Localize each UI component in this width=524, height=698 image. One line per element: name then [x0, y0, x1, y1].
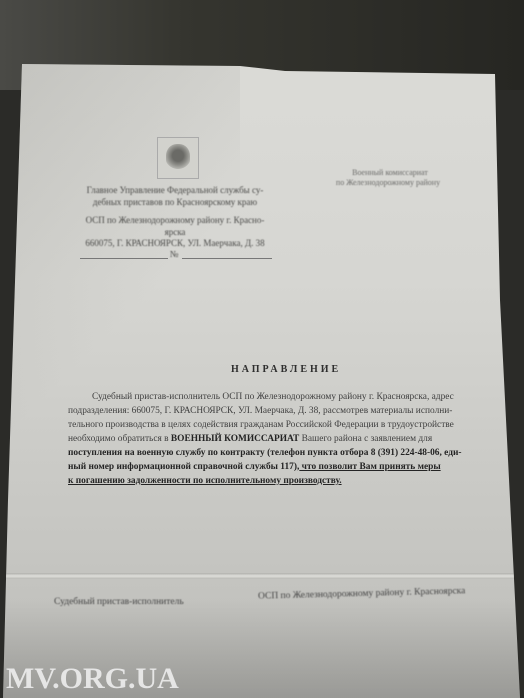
- paper-fold: [0, 573, 524, 579]
- body-line-7: к погашению задолженности по исполнитель…: [68, 476, 342, 486]
- site-watermark: MV.ORG.UA: [6, 662, 179, 696]
- recipient-line2: по Железнодорожному району: [318, 178, 458, 187]
- body-line-4: необходимо обратиться в ВОЕННЫЙ КОМИССАР…: [68, 434, 432, 444]
- org-name-line1: Главное Управление Федеральной службы су…: [60, 185, 290, 195]
- recipient-line1: Военный комиссариат: [330, 168, 450, 177]
- body-line-1: Судебный пристав-исполнитель ОСП по Желе…: [92, 392, 454, 402]
- number-label: №: [167, 249, 181, 259]
- footer-signatory: Судебный пристав-исполнитель: [54, 597, 184, 607]
- org-name-line2: дебных приставов по Красноярскому краю: [60, 197, 290, 207]
- body-line-6: ный номер информационной справочной служ…: [68, 462, 441, 472]
- dept-name-line2: ярска: [60, 227, 290, 237]
- dept-address: 660075, Г. КРАСНОЯРСК, УЛ. Маерчака, Д. …: [60, 238, 290, 248]
- number-rule-left: [80, 258, 168, 259]
- document-title: НАПРАВЛЕНИЕ: [231, 364, 341, 375]
- body-line-5: поступления на военную службу по контрак…: [68, 448, 461, 458]
- body-line-3: тельного производства в целях содействия…: [68, 420, 454, 430]
- dept-name-line1: ОСП по Железнодорожному району г. Красно…: [60, 215, 290, 225]
- body-line-2: подразделения: 660075, Г. КРАСНОЯРСК, УЛ…: [68, 406, 452, 416]
- coat-of-arms-icon: [157, 137, 199, 179]
- number-rule-right: [182, 258, 272, 259]
